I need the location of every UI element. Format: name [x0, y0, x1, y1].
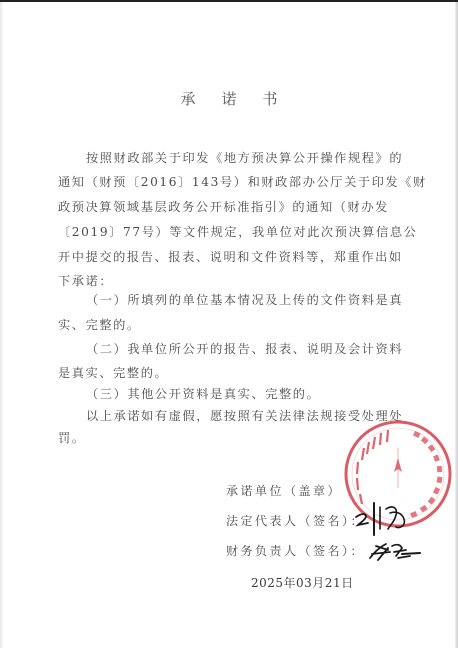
body-line: 〔2019〕77号）等文件规定，我单位对此次预决算信息公	[58, 224, 403, 240]
body-line: 是真实、完整的。	[58, 365, 403, 381]
document-date: 2025年03月21日	[251, 575, 354, 591]
body-line: 实、完整的。	[58, 317, 403, 333]
finance-head-label: 财务负责人（签名）：	[226, 543, 365, 559]
document-page: 承诺书 按照财政部关于印发《地方预决算公开操作规程》的 通知（财预〔2016〕1…	[0, 0, 458, 648]
finance-head-signature-icon	[366, 536, 422, 566]
body-line: 下承诺：	[58, 273, 403, 289]
body-line: 通知（财预〔2016〕143号）和财政部办公厅关于印发《财	[58, 174, 403, 190]
body-line: 开中提交的报告、报表、说明和文件资料等，郑重作出如	[58, 249, 403, 265]
legal-rep-signature-icon	[352, 495, 412, 539]
body-line: 政预决算领域基层政务公开标准指引》的通知（财办发	[58, 199, 403, 215]
scan-top-border	[0, 0, 458, 2]
body-line: （二）我单位所公开的报告、报表、说明及会计资料	[86, 341, 431, 357]
document-title: 承诺书	[0, 88, 458, 109]
unit-seal-label: 承诺单位（盖章）	[226, 483, 342, 499]
body-line: 按照财政部关于印发《地方预决算公开操作规程》的	[86, 150, 431, 166]
legal-rep-label: 法定代表人（签名）：	[226, 513, 365, 529]
body-line: （三）其他公开资料是真实、完整的。	[86, 386, 431, 402]
body-line: （一）所填列的单位基本情况及上传的文件资料是真	[86, 292, 431, 308]
